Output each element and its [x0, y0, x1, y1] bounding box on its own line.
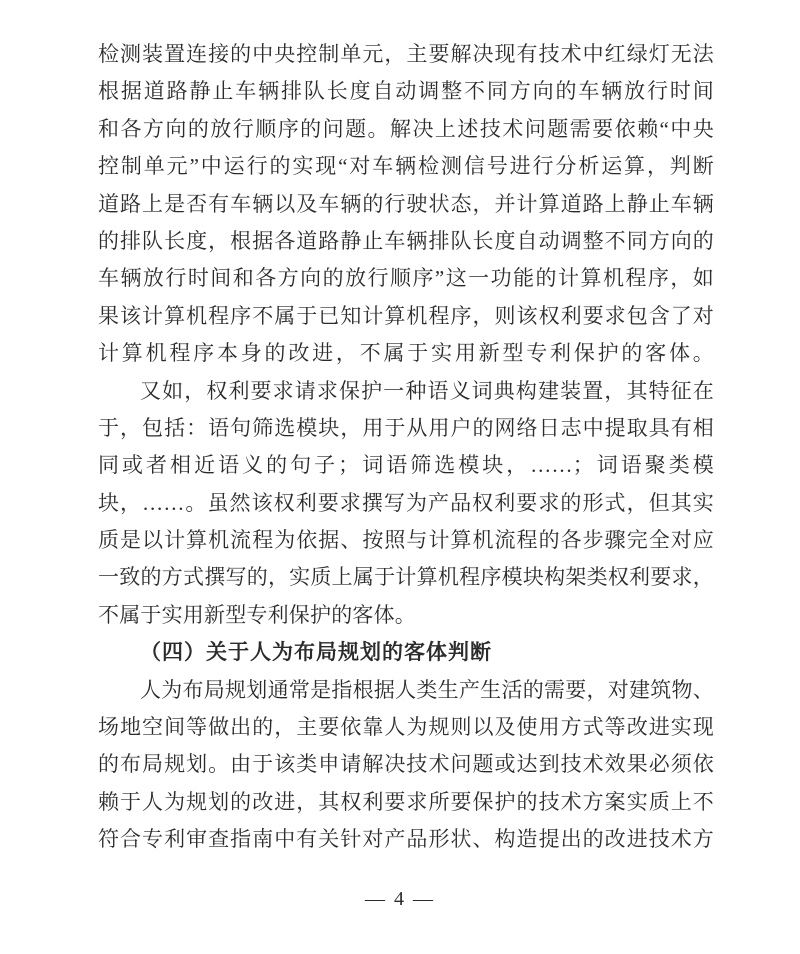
text-line: 于，包括：语句筛选模块，用于从用户的网络日志中提取具有相 [98, 410, 714, 447]
text-line: 车辆放行时间和各方向的放行顺序”这一功能的计算机程序，如 [98, 260, 714, 297]
text-line: 场地空间等做出的，主要依靠人为规则以及使用方式等改进实现 [98, 709, 714, 746]
text-line: 的布局规划。由于该类申请解决技术问题或达到技术效果必须依 [98, 746, 714, 783]
text-line: 果该计算机程序不属于已知计算机程序，则该权利要求包含了对 [98, 298, 714, 335]
document-body: 检测装置连接的中央控制单元，主要解决现有技术中红绿灯无法 根据道路静止车辆排队长… [98, 36, 714, 859]
text-line: 块，……。虽然该权利要求撰写为产品权利要求的形式，但其实 [98, 485, 714, 522]
text-line: 同或者相近语义的句子；词语筛选模块，……；词语聚类模 [98, 447, 714, 484]
document-page: 检测装置连接的中央控制单元，主要解决现有技术中红绿灯无法 根据道路静止车辆排队长… [0, 0, 800, 954]
text-line: 一致的方式撰写的，实质上属于计算机程序模块构架类权利要求， [98, 559, 714, 596]
text-line: 符合专利审查指南中有关针对产品形状、构造提出的改进技术方 [98, 821, 714, 858]
text-line: 又如，权利要求请求保护一种语义词典构建装置，其特征在 [98, 373, 714, 410]
text-line: 道路上是否有车辆以及车辆的行驶状态，并计算道路上静止车辆 [98, 186, 714, 223]
text-line: 检测装置连接的中央控制单元，主要解决现有技术中红绿灯无法 [98, 36, 714, 73]
text-line: 计算机程序本身的改进，不属于实用新型专利保护的客体。 [98, 335, 714, 372]
text-line: 赖于人为规划的改进，其权利要求所要保护的技术方案实质上不 [98, 784, 714, 821]
text-line: 质是以计算机流程为依据、按照与计算机流程的各步骤完全对应 [98, 522, 714, 559]
section-heading: （四）关于人为布局规划的客体判断 [98, 634, 714, 671]
text-line: 和各方向的放行顺序的问题。解决上述技术问题需要依赖“中央 [98, 111, 714, 148]
text-line: 人为布局规划通常是指根据人类生产生活的需要，对建筑物、 [98, 672, 714, 709]
text-line: 不属于实用新型专利保护的客体。 [98, 597, 714, 634]
text-line: 根据道路静止车辆排队长度自动调整不同方向的车辆放行时间 [98, 73, 714, 110]
text-line: 控制单元”中运行的实现“对车辆检测信号进行分析运算，判断 [98, 148, 714, 185]
text-line: 的排队长度，根据各道路静止车辆排队长度自动调整不同方向的 [98, 223, 714, 260]
page-number: — 4 — [0, 888, 800, 911]
